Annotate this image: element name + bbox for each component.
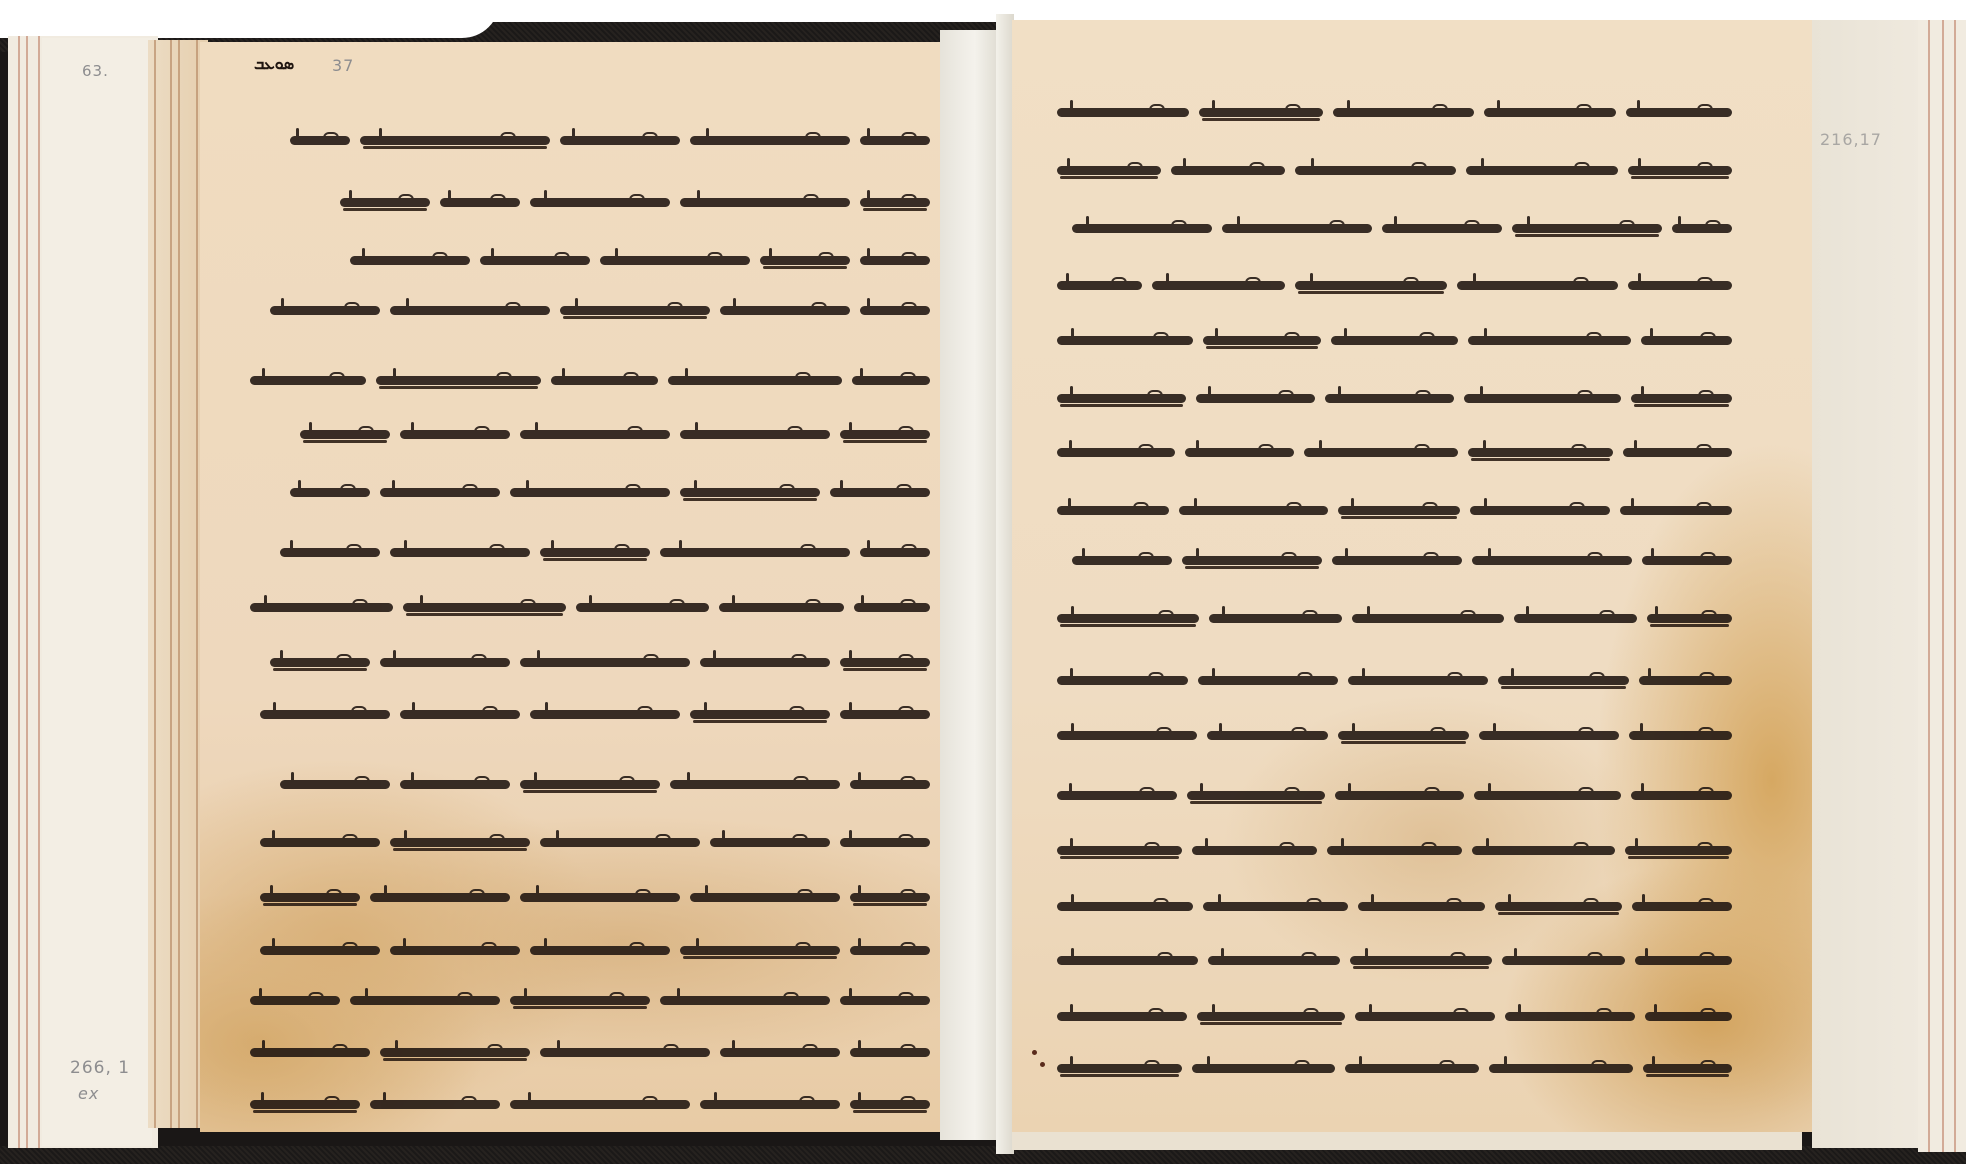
ink-word xyxy=(668,376,843,385)
ink-word xyxy=(1641,336,1732,345)
ink-word xyxy=(840,838,930,847)
ink-word xyxy=(260,893,360,902)
ink-word xyxy=(440,198,520,207)
manuscript-line xyxy=(250,300,930,320)
ink-word xyxy=(1350,956,1491,965)
ink-word xyxy=(840,430,930,439)
manuscript-line xyxy=(250,704,930,724)
ink-word xyxy=(1495,902,1622,911)
ink-word xyxy=(1352,614,1504,623)
ink-word xyxy=(1468,448,1613,457)
pencil-foliation-left: 63. xyxy=(82,62,109,80)
ink-word xyxy=(1632,902,1732,911)
ink-word xyxy=(480,256,590,265)
manuscript-line xyxy=(250,832,930,852)
ink-word xyxy=(1484,108,1616,117)
ink-word xyxy=(1639,676,1732,685)
manuscript-line xyxy=(1057,950,1732,970)
ink-word xyxy=(380,658,510,667)
ink-word xyxy=(250,376,366,385)
ink-word xyxy=(1057,394,1186,403)
ink-word xyxy=(260,946,380,955)
ink-word xyxy=(720,1048,840,1057)
ink-word xyxy=(1620,506,1732,515)
ink-word xyxy=(520,430,670,439)
ink-word xyxy=(1192,846,1317,855)
ink-word xyxy=(1502,956,1625,965)
ink-word xyxy=(1348,676,1488,685)
ink-word xyxy=(1505,1012,1635,1021)
ink-word xyxy=(1472,556,1632,565)
gutter-guard-strip xyxy=(940,30,998,1140)
ink-word xyxy=(1338,506,1459,515)
ink-word xyxy=(1466,166,1618,175)
ink-word xyxy=(300,430,390,439)
ink-word xyxy=(700,658,830,667)
ink-word xyxy=(1203,336,1321,345)
ink-word xyxy=(1631,394,1732,403)
ink-word xyxy=(850,893,930,902)
manuscript-line xyxy=(1057,896,1732,916)
ink-word xyxy=(390,548,530,557)
ink-word xyxy=(690,893,840,902)
ink-word xyxy=(1332,556,1462,565)
ink-word xyxy=(340,198,430,207)
ink-word xyxy=(1057,166,1161,175)
ink-word xyxy=(1514,614,1637,623)
ink-word xyxy=(720,306,850,315)
ink-word xyxy=(551,376,658,385)
ink-word xyxy=(1333,108,1474,117)
ink-word xyxy=(280,780,390,789)
ink-word xyxy=(1222,224,1372,233)
ink-word xyxy=(1464,394,1620,403)
ink-word xyxy=(1626,108,1732,117)
ink-word xyxy=(1489,1064,1632,1073)
ink-word xyxy=(250,1048,370,1057)
ink-word xyxy=(380,1048,530,1057)
right-text-block xyxy=(1012,20,1812,1132)
ink-word xyxy=(719,603,843,612)
right-book-edge xyxy=(1918,20,1966,1152)
manuscript-line xyxy=(1057,330,1732,350)
ink-word xyxy=(1057,902,1193,911)
ink-word xyxy=(830,488,930,497)
ink-word xyxy=(560,306,710,315)
ink-word xyxy=(1345,1064,1479,1073)
ink-word xyxy=(1672,224,1732,233)
ink-word xyxy=(760,256,850,265)
manuscript-line xyxy=(250,250,930,270)
ink-word xyxy=(850,946,930,955)
manuscript-line xyxy=(1057,840,1732,860)
ink-word xyxy=(1331,336,1458,345)
ink-word xyxy=(1057,108,1189,117)
manuscript-line xyxy=(250,482,930,502)
left-flyleaf: 63. 266, 1 ex xyxy=(42,38,152,1146)
ink-word xyxy=(1628,281,1732,290)
ink-word xyxy=(530,710,680,719)
ink-word xyxy=(350,256,470,265)
manuscript-line xyxy=(1057,550,1732,570)
manuscript-line xyxy=(250,424,930,444)
ink-word xyxy=(1203,902,1348,911)
ink-word xyxy=(660,548,850,557)
manuscript-line xyxy=(1057,785,1732,805)
ink-word xyxy=(860,256,930,265)
manuscript-line xyxy=(250,940,930,960)
ink-word xyxy=(1072,556,1172,565)
ink-word xyxy=(1198,676,1338,685)
ink-word xyxy=(1512,224,1662,233)
manuscript-line xyxy=(1057,275,1732,295)
ink-word xyxy=(1474,791,1621,800)
ink-word xyxy=(1057,336,1193,345)
ink-word xyxy=(1295,166,1456,175)
manuscript-line xyxy=(1057,1006,1732,1026)
ink-word xyxy=(290,488,370,497)
ink-word xyxy=(510,488,670,497)
ink-word xyxy=(1479,731,1619,740)
ink-word xyxy=(1645,1012,1732,1021)
ink-word xyxy=(540,1048,710,1057)
ink-word xyxy=(540,548,650,557)
ink-word xyxy=(1625,846,1732,855)
ink-word xyxy=(840,710,930,719)
ink-word xyxy=(1057,676,1188,685)
ink-word xyxy=(280,548,380,557)
ink-word xyxy=(1631,791,1732,800)
ink-word xyxy=(403,603,565,612)
ink-word xyxy=(1057,506,1169,515)
ink-word xyxy=(1208,956,1340,965)
ink-word xyxy=(260,838,380,847)
ink-word xyxy=(1199,108,1322,117)
ink-word xyxy=(860,548,930,557)
ink-word xyxy=(510,996,650,1005)
manuscript-line xyxy=(250,887,930,907)
ink-word xyxy=(850,1100,930,1109)
manuscript-line xyxy=(1057,725,1732,745)
manuscript-line xyxy=(1057,102,1732,122)
ink-word xyxy=(670,780,840,789)
manuscript-line xyxy=(250,370,930,390)
manuscript-line xyxy=(250,597,930,617)
manuscript-line xyxy=(250,130,930,150)
ink-word xyxy=(840,996,930,1005)
ink-word xyxy=(576,603,710,612)
manuscript-line xyxy=(1057,1058,1732,1078)
ink-word xyxy=(1209,614,1342,623)
ink-word xyxy=(250,603,393,612)
ink-word xyxy=(520,780,660,789)
ink-word xyxy=(860,198,930,207)
ink-word xyxy=(1358,902,1485,911)
ink-word xyxy=(1057,846,1182,855)
right-manuscript-page xyxy=(1012,20,1812,1132)
ink-word xyxy=(680,488,820,497)
ink-word xyxy=(270,306,380,315)
manuscript-line xyxy=(1057,670,1732,690)
ink-word xyxy=(1325,394,1454,403)
ink-word xyxy=(690,136,850,145)
ink-word xyxy=(1457,281,1618,290)
ink-word xyxy=(1057,448,1175,457)
ink-word xyxy=(852,376,930,385)
ink-word xyxy=(1382,224,1502,233)
margin-note-left: 266, 1 xyxy=(70,1058,130,1078)
ink-word xyxy=(1623,448,1732,457)
manuscript-line xyxy=(1057,388,1732,408)
bottom-leaf-edges xyxy=(1012,1132,1802,1150)
ink-word xyxy=(1152,281,1285,290)
ink-word xyxy=(660,996,830,1005)
manuscript-line xyxy=(250,192,930,212)
ink-word xyxy=(680,198,850,207)
manuscript-line xyxy=(250,1094,930,1114)
ink-word xyxy=(370,893,510,902)
ink-word xyxy=(376,376,541,385)
ink-word xyxy=(690,710,830,719)
ink-word xyxy=(1057,956,1198,965)
ink-word xyxy=(290,136,350,145)
ink-word xyxy=(510,1100,690,1109)
ink-word xyxy=(1629,731,1732,740)
ink-word xyxy=(1628,166,1732,175)
ink-word xyxy=(710,838,830,847)
ink-word xyxy=(1304,448,1458,457)
ink-word xyxy=(1338,731,1469,740)
ink-word xyxy=(1197,1012,1345,1021)
ink-word xyxy=(250,996,340,1005)
ink-word xyxy=(390,838,530,847)
ink-word xyxy=(1179,506,1328,515)
ink-word xyxy=(1327,846,1461,855)
ink-word xyxy=(350,996,500,1005)
left-manuscript-page: ܣܘܥܒ 37 xyxy=(200,42,970,1132)
ink-word xyxy=(370,1100,500,1109)
left-text-block xyxy=(200,42,970,1132)
ink-word xyxy=(1642,556,1732,565)
ink-word xyxy=(270,658,370,667)
ink-word xyxy=(530,946,670,955)
ink-word xyxy=(1635,956,1732,965)
ink-word xyxy=(1057,731,1197,740)
ink-word xyxy=(1295,281,1447,290)
manuscript-line xyxy=(1057,500,1732,520)
ink-word xyxy=(360,136,550,145)
left-leaf-edges xyxy=(148,40,208,1128)
ink-word xyxy=(1057,1064,1182,1073)
ink-word xyxy=(1643,1064,1732,1073)
ink-word xyxy=(1187,791,1325,800)
ink-word xyxy=(600,256,750,265)
ink-word xyxy=(860,306,930,315)
manuscript-line xyxy=(250,542,930,562)
ink-word xyxy=(1355,1012,1494,1021)
ink-word xyxy=(850,780,930,789)
ink-word xyxy=(1498,676,1629,685)
ink-word xyxy=(1647,614,1732,623)
ink-word xyxy=(390,946,520,955)
ink-word xyxy=(520,893,680,902)
ink-word xyxy=(850,1048,930,1057)
ink-word xyxy=(680,430,830,439)
ink-word xyxy=(840,658,930,667)
ink-word xyxy=(530,198,670,207)
ink-word xyxy=(1072,224,1212,233)
ink-word xyxy=(680,946,840,955)
ink-word xyxy=(1057,614,1199,623)
ink-word xyxy=(1057,1012,1187,1021)
ink-word xyxy=(250,1100,360,1109)
ink-word xyxy=(400,710,520,719)
photo-background-mask-left xyxy=(0,0,500,38)
manuscript-line xyxy=(250,652,930,672)
manuscript-line xyxy=(1057,442,1732,462)
ink-word xyxy=(1182,556,1322,565)
ink-word xyxy=(380,488,500,497)
ink-word xyxy=(260,710,390,719)
ink-word xyxy=(400,780,510,789)
ink-word xyxy=(400,430,510,439)
ink-word xyxy=(1468,336,1631,345)
ink-word xyxy=(540,838,700,847)
right-flyleaf: 216,17 xyxy=(1812,20,1922,1148)
ink-word xyxy=(390,306,550,315)
ink-word xyxy=(860,136,930,145)
ink-word xyxy=(1335,791,1464,800)
ink-word xyxy=(1470,506,1610,515)
ink-word xyxy=(1192,1064,1335,1073)
ink-word xyxy=(1196,394,1316,403)
ink-word xyxy=(1185,448,1294,457)
manuscript-line xyxy=(1057,218,1732,238)
ink-word xyxy=(520,658,690,667)
ink-word xyxy=(854,603,930,612)
ink-word xyxy=(1057,791,1177,800)
manuscript-line xyxy=(250,990,930,1010)
pencil-foliation-right: 216,17 xyxy=(1820,130,1882,149)
ink-word xyxy=(700,1100,840,1109)
ink-word xyxy=(1171,166,1285,175)
ink-word xyxy=(1057,281,1142,290)
manuscript-line xyxy=(250,1042,930,1062)
photo-background-mask-right xyxy=(990,0,1966,18)
margin-scribble-left: ex xyxy=(78,1084,99,1103)
ink-word xyxy=(1472,846,1615,855)
manuscript-line xyxy=(1057,608,1732,628)
ink-word xyxy=(560,136,680,145)
manuscript-line xyxy=(1057,160,1732,180)
manuscript-line xyxy=(250,774,930,794)
ink-word xyxy=(1207,731,1328,740)
